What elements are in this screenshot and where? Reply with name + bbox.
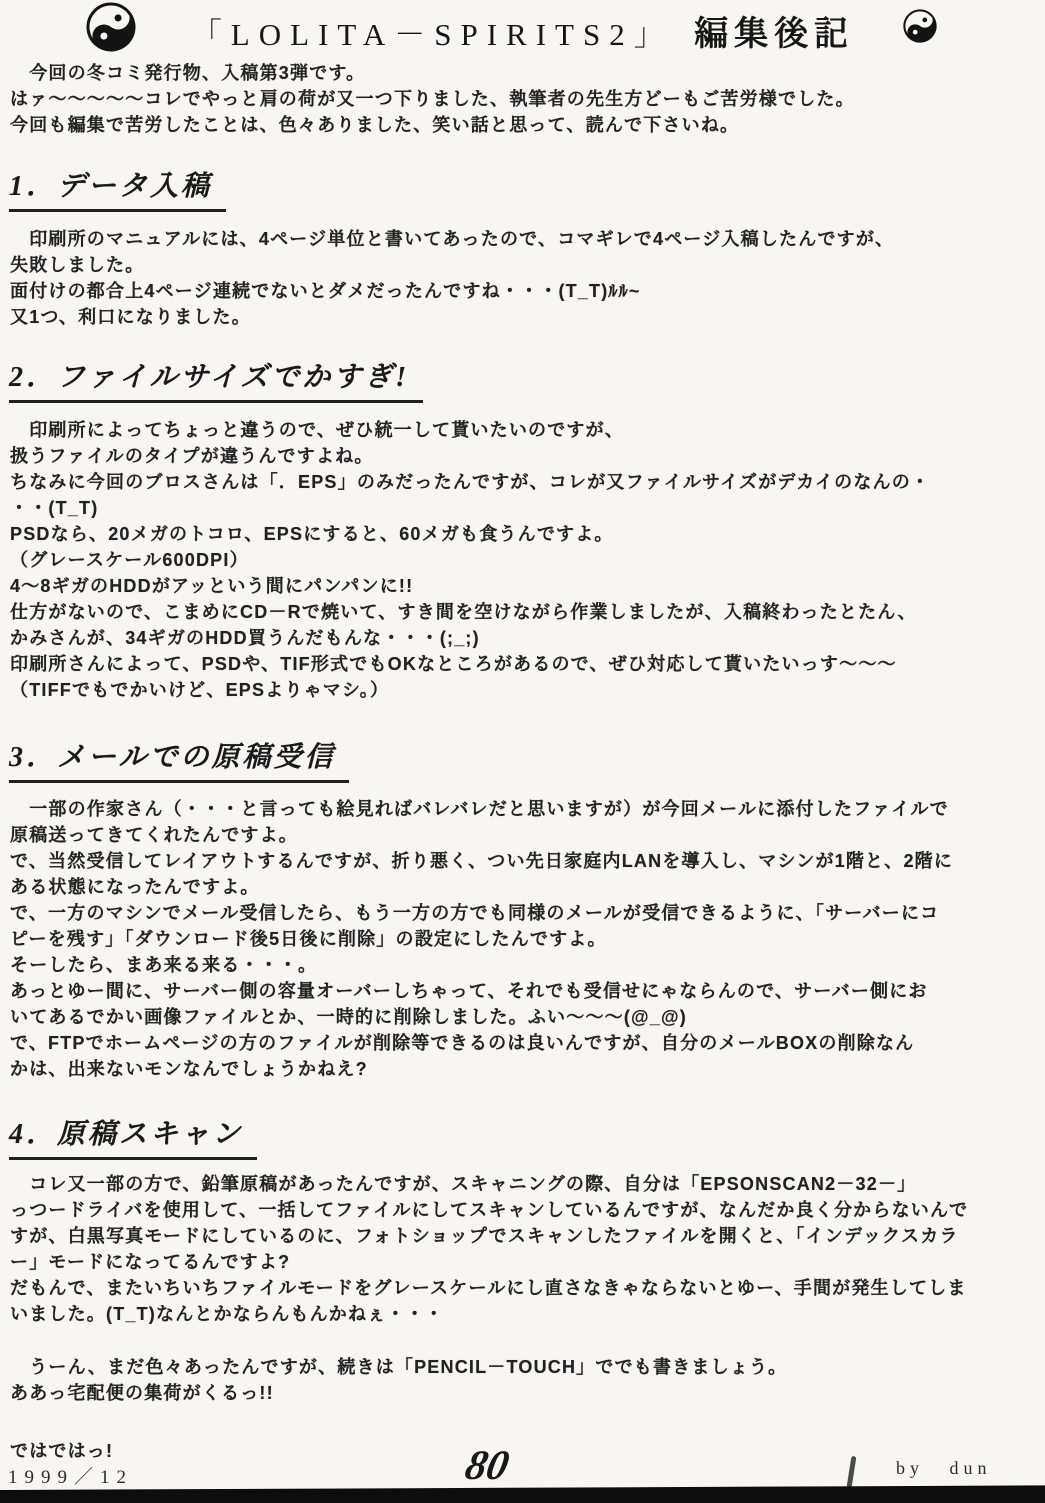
yin-yang-icon — [903, 9, 937, 48]
paragraph-line: ・・(T_T) — [10, 495, 1045, 521]
paragraph-line: ある状態になったんですよ。 — [10, 874, 1045, 900]
paragraph-line: 印刷所によってちょっと違うので、ぜひ統一して貰いたいのですが、 — [10, 417, 1045, 443]
paragraph-line: あっとゆー間に、サーバー側の容量オーバーしちゃって、それでも受信せにゃならんので… — [10, 978, 1045, 1004]
paragraph-line: 又1つ、利口になりました。 — [10, 304, 1045, 330]
paragraph-line: ちなみに今回のブロスさんは「．EPS」のみだったんですが、コレが又ファイルサイズ… — [10, 469, 1045, 495]
paragraph-line: ああっ宅配便の集荷がくるっ!! — [10, 1380, 1045, 1406]
page-title: 「LOLITA－SPIRITS2」 編集後記 — [0, 6, 1045, 55]
section-2-heading: 2．ファイルサイズでかすぎ! — [9, 355, 423, 403]
paragraph-line: 今回も編集で苦労したことは、色々ありました、笑い話と思って、読んで下さいね。 — [10, 112, 1045, 138]
paragraph-line: だもんで、またいちいちファイルモードをグレースケールにし直さなきゃならないとゆー… — [10, 1275, 1045, 1301]
section-3-heading: 3．メールでの原稿受信 — [9, 735, 349, 783]
paragraph-line: （グレースケール600DPI） — [10, 547, 1045, 573]
paragraph-line: 印刷所のマニュアルには、4ページ単位と書いてあったので、コマギレで4ページ入稿し… — [10, 226, 1045, 252]
paragraph-line: 面付けの都合上4ページ連続でないとダメだったんですね・・・(T_T)ﾙﾙ~ — [10, 278, 1045, 304]
paragraph-line: 一部の作家さん（・・・と言っても絵見ればバレバレだと思いますが）が今回メールに添… — [10, 796, 1045, 822]
paragraph-line: で、一方のマシンでメール受信したら、もう一方の方でも同様のメールが受信できるよう… — [10, 900, 1045, 926]
paragraph-line: いてあるでかい画像ファイルとか、一時的に削除しました。ふい～～～(@_@) — [10, 1004, 1045, 1030]
paragraph-line: ー」モードになってるんですよ? — [10, 1249, 1045, 1275]
paragraph-line: （TIFFでもでかいけど、EPSよりゃマシ。） — [10, 677, 1045, 703]
closing-paragraph: うーん、まだ色々あったんですが、続きは「PENCIL－TOUCH」ででも書きまし… — [10, 1354, 1045, 1406]
paragraph-line: で、FTPでホームページの方のファイルが削除等できるのは良いんですが、自分のメー… — [10, 1030, 1045, 1056]
intro-paragraph: 今回の冬コミ発行物、入稿第3弾です。 はァ～～～～～コレでやっと肩の荷が又一つ下… — [10, 60, 1045, 138]
paragraph-line: 失敗しました。 — [10, 252, 1045, 278]
paragraph-line: っつードライバを使用して、一括してファイルにしてスキャンしているんですが、なんだ… — [10, 1197, 1045, 1223]
paragraph-line: 今回の冬コミ発行物、入稿第3弾です。 — [10, 60, 1045, 86]
paragraph-line: 扱うファイルのタイプが違うんですよね。 — [10, 443, 1045, 469]
paragraph-line: 仕方がないので、こまめにCD－Rで焼いて、すき間を空けながら作業しましたが、入稿… — [10, 599, 1045, 625]
paragraph-line: 印刷所さんによって、PSDや、TIF形式でもOKなところがあるので、ぜひ対応して… — [10, 651, 1045, 677]
paragraph-line: PSDなら、20メガのトコロ、EPSにすると、60メガも食うんですよ。 — [10, 521, 1045, 547]
paragraph-line: 4～8ギガのHDDがアッという間にパンパンに!! — [10, 573, 1045, 599]
paragraph-line: 原稿送ってきてくれたんですよ。 — [10, 822, 1045, 848]
paragraph-line: かは、出来ないモンなんでしょうかねえ? — [10, 1056, 1045, 1082]
paragraph-line: すが、白黒写真モードにしているのに、フォトショップでスキャンしたファイルを開くと… — [10, 1223, 1045, 1249]
bottom-scan-bar — [0, 1485, 1045, 1503]
signoff: ではではっ! — [10, 1438, 1045, 1464]
paragraph-line: いました。(T_T)なんとかならんもんかねぇ・・・ — [10, 1301, 1045, 1327]
scanned-afterword-page: 「LOLITA－SPIRITS2」 編集後記 今回の冬コミ発行物、入稿第3弾です… — [0, 0, 1045, 1503]
paragraph-line: そーしたら、まあ来る来る・・・。 — [10, 952, 1045, 978]
paragraph-line: ピーを残す」「ダウンロード後5日後に削除」の設定にしたんですよ。 — [10, 926, 1045, 952]
section-2-paragraph: 印刷所によってちょっと違うので、ぜひ統一して貰いたいのですが、 扱うファイルのタ… — [10, 417, 1045, 703]
section-4-heading: 4．原稿スキャン — [9, 1112, 257, 1160]
paragraph-line: コレ又一部の方で、鉛筆原稿があったんですが、スキャニングの際、自分は「EPSON… — [10, 1171, 1045, 1197]
page-number: 80 — [461, 1442, 513, 1490]
section-4-paragraph: コレ又一部の方で、鉛筆原稿があったんですが、スキャニングの際、自分は「EPSON… — [10, 1171, 1045, 1327]
date: 1999／12 — [8, 1462, 133, 1489]
paragraph-line: うーん、まだ色々あったんですが、続きは「PENCIL－TOUCH」ででも書きまし… — [10, 1354, 1045, 1380]
section-1-heading: 1．データ入稿 — [9, 164, 226, 212]
credit: by dun — [896, 1458, 992, 1479]
section-1-paragraph: 印刷所のマニュアルには、4ページ単位と書いてあったので、コマギレで4ページ入稿し… — [10, 226, 1045, 330]
paragraph-line: で、当然受信してレイアウトするんですが、折り悪く、つい先日家庭内LANを導入し、… — [10, 848, 1045, 874]
paragraph-line: かみさんが、34ギガのHDD買うんだもんな・・・(;_;) — [10, 625, 1045, 651]
page-title-latin: 「LOLITA－SPIRITS2」 — [191, 17, 674, 52]
section-3-paragraph: 一部の作家さん（・・・と言っても絵見ればバレバレだと思いますが）が今回メールに添… — [10, 796, 1045, 1082]
paragraph-line: はァ～～～～～コレでやっと肩の荷が又一つ下りました、執筆者の先生方どーもご苦労様… — [10, 86, 1045, 112]
page-title-jp: 編集後記 — [694, 16, 854, 53]
